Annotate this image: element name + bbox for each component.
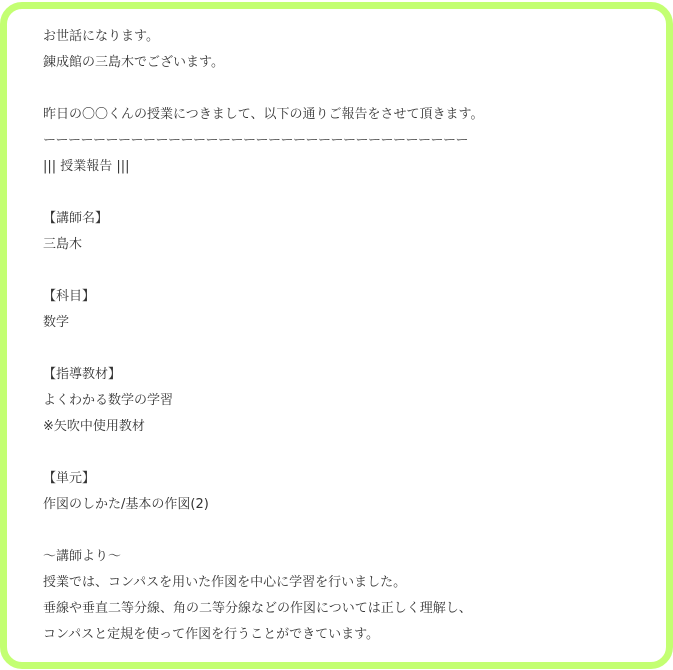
- unit-value: 作図のしかた/基本の作図(2): [43, 492, 483, 518]
- comment-heading: ～講師より～: [43, 544, 483, 570]
- subject-heading: 【科目】: [43, 284, 483, 310]
- comment-line: 垂線や垂直二等分線、角の二等分線などの作図については正しく理解し、: [43, 596, 483, 622]
- comment-line: コンパスと定規を使って作図を行うことができています。: [43, 622, 483, 648]
- divider-line: ーーーーーーーーーーーーーーーーーーーーーーーーーーーーーーーーーー: [43, 128, 483, 154]
- subject-value: 数学: [43, 310, 483, 336]
- instructor-value: 三島木: [43, 232, 483, 258]
- intro-text: 錬成館の三島木でございます。: [43, 50, 483, 76]
- greeting-text: お世話になります。: [43, 24, 483, 50]
- blank-line: [43, 518, 483, 544]
- blank-line: [43, 440, 483, 466]
- material-heading: 【指導教材】: [43, 362, 483, 388]
- blank-line: [43, 336, 483, 362]
- blank-line: [43, 180, 483, 206]
- unit-heading: 【単元】: [43, 466, 483, 492]
- material-value: よくわかる数学の学習: [43, 388, 483, 414]
- instructor-heading: 【講師名】: [43, 206, 483, 232]
- report-body: お世話になります。 錬成館の三島木でございます。 昨日の〇〇くんの授業につきまし…: [43, 24, 483, 648]
- blank-line: [43, 76, 483, 102]
- comment-line: 授業では、コンパスを用いた作図を中心に学習を行いました。: [43, 570, 483, 596]
- material-note: ※矢吹中使用教材: [43, 414, 483, 440]
- lead-text: 昨日の〇〇くんの授業につきまして、以下の通りご報告をさせて頂きます。: [43, 102, 483, 128]
- blank-line: [43, 258, 483, 284]
- report-title: ||| 授業報告 |||: [43, 154, 483, 180]
